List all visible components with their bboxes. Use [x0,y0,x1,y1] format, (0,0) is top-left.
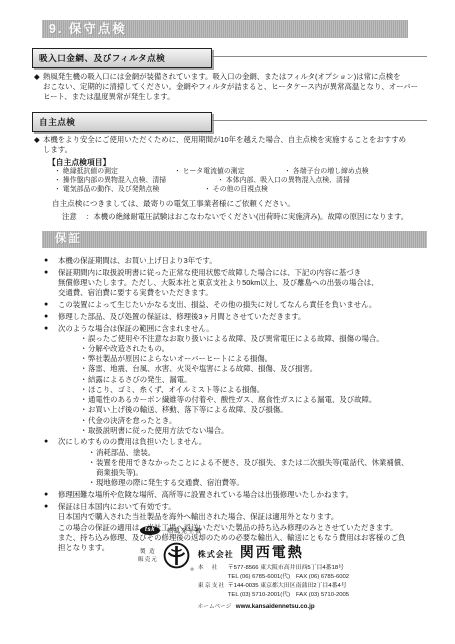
warranty-subitem: ・落雷、地震、台風、水害、火災や塩害による故障、損傷、及び損害。 [80,364,429,374]
warranty-subitem-text: 通電性のあるカーボン繊維等の付着や、酸性ガス、腐食性ガスによる漏電、及び故障。 [88,395,376,405]
address-block: 本 社 〒577-8566 東大阪市高井田西5丁目4番18号 TEL (06) … [198,564,349,611]
warranty-subitem-text: 消耗部品、塗装。 [96,448,155,458]
bullet-icon: ● [44,502,58,512]
warranty-item-text: 次のような場合は保証の範囲に含まれません。 [58,324,429,334]
dot-bullet-icon: ・ [80,395,88,405]
company-logo-icon [163,542,190,569]
tsk-logo-row: tsk 熱風発生機 [140,526,349,535]
bullet-icon: ● [44,324,58,436]
bullet-icon: ● [44,256,58,266]
dot-bullet-icon: ・ [88,448,96,458]
warranty-item-text: 本機の保証期間は、お買い上げ日より3年です。 [58,256,429,266]
warranty-subitem-text: 落雷、地震、台風、水害、火災や塩害による故障、損傷、及び損害。 [88,364,317,374]
dot-bullet-icon: ・ [80,364,88,374]
warranty-item: ● 次のような場合は保証の範囲に含まれません。 ・誤ったご使用や不注意なお取り扱… [44,324,429,436]
selfcheck-item: ・ その他の目視点検 [204,186,268,195]
selfcheck-items-heading: 【自主点検項目】 [48,157,455,168]
warranty-subitem-text: 代金の決済を怠ったとき。 [88,416,176,426]
header-rule [212,120,427,121]
dot-bullet-icon: ・ [80,375,88,385]
section-banner-warranty: 保証 [42,231,427,248]
warranty-subitem-text: 装置を使用できなかったことによる不便さ、及び損失、または二次損失等(電話代、休業… [96,458,409,478]
warranty-item-text: 修理した部品、及び処置の保証は、修理後3ヶ月間とさせていただきます。 [58,312,429,322]
homepage-label: ホームページ [198,603,236,612]
bullet-icon: ● [44,312,58,322]
selfcheck-item: ・ 絶縁抵抗値の測定 [54,168,174,177]
company-name: 関西電熱 [240,542,304,562]
header-rule [212,56,427,57]
homepage-url: www.kansaidennetsu.co.jp [236,602,315,612]
warranty-item-text: 保証期間内に取扱説明書に従った正常な使用状態で故障した場合には、下記の内容に基づ… [58,268,429,299]
selfcheck-item: ・ ヒータ電流値の測定 [174,168,284,177]
warranty-item-body: 次にしめすものの費用は負担いたしません。 ・消耗部品、塗装。 ・装置を使用できな… [58,437,429,488]
warranty-subitem: ・お買い上げ後の輸送、移動、落下等による故障、及び損傷。 [80,405,429,415]
dot-bullet-icon: ・ [80,426,88,436]
warranty-item-text: 次にしめすものの費用は負担いたしません。 [58,437,429,447]
warranty-subitem: ・消耗部品、塗装。 [88,448,429,458]
selfcheck-row: ・ 操作盤内部の異物混入点検、清掃 ・ 本体内部、吸入口の異物混入点検、清掃 [54,177,455,186]
head-office-address: 〒577-8566 東大阪市高井田西5丁目4番18号 [228,564,344,573]
warranty-subitem-text: 結露によるさびの発生、漏電。 [88,375,191,385]
selfcheck-note: 注意 ：本機の絶縁耐電圧試験はおこなわないでください(出荷時に実施済み)。故障の… [62,211,455,222]
company-name-line: 株式会社 関西電熱 [198,542,349,562]
warranty-subitem-text: ほこり、ゴミ、糸くず、オイルミスト等による損傷。 [88,385,264,395]
warranty-item-text: 修理困難な場所や危険な場所、高所等に設置されている場合は出張修理いたしかねます。 [58,490,429,500]
dot-bullet-icon: ・ [80,416,88,426]
tokyo-office-row: 東京支社 〒144-0035 東京都大田区南蒲田2丁目4番4号 [198,582,349,591]
note-label: 注意 [62,211,86,222]
warranty-subitem: ・誤ったご使用や不注意なお取り扱いによる故障、及び異常電圧による故障、損傷の場合… [80,334,429,344]
warranty-subitem: ・装置を使用できなかったことによる不便さ、及び損失、または二次損失等(電話代、休… [88,458,429,478]
company-info: 株式会社 関西電熱 本 社 〒577-8566 東大阪市高井田西5丁目4番18号… [198,542,349,611]
bullet-icon: ● [44,437,58,488]
dot-bullet-icon: ・ [88,458,96,478]
warranty-subitem-text: 誤ったご使用や不注意なお取り扱いによる故障、及び異常電圧による故障、損傷の場合。 [88,334,384,344]
maker-label: 製 造 販売元 [138,548,158,565]
warranty-subitem: ・通電性のあるカーボン繊維等の付着や、酸性ガス、腐食性ガスによる漏電、及び故障。 [80,395,429,405]
homepage-row: ホームページ www.kansaidennetsu.co.jp [198,602,349,612]
diamond-bullet-icon: ◆ [34,72,43,102]
warranty-subitem-text: 現地修理の際に発生する交通費、宿泊費等。 [96,478,244,488]
selfcheck-item: ・ 本体内部、吸入口の異物混入点検、清掃 [217,177,350,186]
warranty-sublist: ・誤ったご使用や不注意なお取り扱いによる故障、及び異常電圧による故障、損傷の場合… [80,334,429,436]
selfcheck-item: ・ 操作盤内部の異物混入点検、清掃 [54,177,217,186]
warranty-item: ● 修理した部品、及び処置の保証は、修理後3ヶ月間とさせていただきます。 [44,312,429,322]
warranty-sublist: ・消耗部品、塗装。 ・装置を使用できなかったことによる不便さ、及び損失、または二… [88,448,429,489]
filter-paragraph: ◆ 熱風発生機の吸入口には金網が装備されています。吸入口の金網、またはフィルタ(… [34,72,429,102]
selfcheck-item: ・ 電気部品の動作、及び発熱点検 [54,186,204,195]
warranty-item-body: 保証は日本国内において有効です。 [58,502,429,512]
subsection-selfcheck-header: 自主点検 [32,112,427,132]
subsection-selfcheck-title: 自主点検 [32,112,212,132]
dot-bullet-icon: ・ [80,405,88,415]
company-logo: ® [163,542,190,571]
tokyo-office-label: 東京支社 [198,582,228,591]
filter-paragraph-text: 熱風発生機の吸入口には金網が装備されています。吸入口の金網、またはフィルタ(オプ… [43,72,418,102]
warranty-subitem-text: 弊社製品が原因によらないオーバーヒートによる損傷。 [88,354,272,364]
dot-bullet-icon: ・ [80,385,88,395]
tsk-logo: tsk [140,526,160,535]
bullet-icon: ● [44,490,58,500]
warranty-item: ● 保証は日本国内において有効です。 [44,502,429,512]
warranty-subitem: ・代金の決済を怠ったとき。 [80,416,429,426]
registered-mark: ® [190,567,193,572]
publisher-footer: tsk 熱風発生機 製 造 販売元 ® 株式会社 関西電熱 [138,526,349,611]
warranty-subitem-text: 分解や改造されたもの。 [88,344,169,354]
warranty-item: ● この装置によって生じたいかなる支出、損益、その他の損失に対してなんら責任を負… [44,300,429,310]
subsection-filter-title: 吸入口金網、及びフィルタ点検 [32,48,212,68]
warranty-item: ● 次にしめすものの費用は負担いたしません。 ・消耗部品、塗装。 ・装置を使用で… [44,437,429,488]
head-office-label: 本 社 [198,564,228,573]
warranty-item-text: この装置によって生じたいかなる支出、損益、その他の損失に対してなんら責任を負いま… [58,300,429,310]
selfcheck-intro: ◆ 本機をより安全にご使用いただくために、使用期間が10年を越えた場合、自主点検… [34,135,429,155]
head-office-row: 本 社 〒577-8566 東大阪市高井田西5丁目4番18号 [198,564,349,573]
warranty-item: ● 保証期間内に取扱説明書に従った正常な使用状態で故障した場合には、下記の内容に… [44,268,429,299]
subsection-filter-header: 吸入口金網、及びフィルタ点検 [32,48,427,68]
company-prefix: 株式会社 [198,549,234,560]
warranty-list: ● 本機の保証期間は、お買い上げ日より3年です。 ● 保証期間内に取扱説明書に従… [44,256,429,553]
warranty-subitem: ・弊社製品が原因によらないオーバーヒートによる損傷。 [80,354,429,364]
dot-bullet-icon: ・ [80,344,88,354]
section-banner-maintenance: 9. 保守点検 [42,20,408,38]
dot-bullet-icon: ・ [80,354,88,364]
selfcheck-intro-text: 本機をより安全にご使用いただくために、使用期間が10年を越えた場合、自主点検を実… [43,135,406,155]
diamond-bullet-icon: ◆ [34,135,43,155]
warranty-subitem: ・結露によるさびの発生、漏電。 [80,375,429,385]
selfcheck-request: 自主点検につきましては、最寄りの電気工事業者様にご依頼ください。 [52,198,455,209]
warranty-item: ● 本機の保証期間は、お買い上げ日より3年です。 [44,256,429,266]
dot-bullet-icon: ・ [88,478,96,488]
warranty-item: ● 修理困難な場所や危険な場所、高所等に設置されている場合は出張修理いたしかねま… [44,490,429,500]
warranty-item-text: 保証は日本国内において有効です。 [58,502,429,512]
company-row: 製 造 販売元 ® 株式会社 関西電熱 本 社 〒57 [138,542,349,611]
manual-page: 9. 保守点検 吸入口金網、及びフィルタ点検 ◆ 熱風発生機の吸入口には金網が装… [0,0,455,644]
section-banner-warranty-title: 保証 [55,233,82,245]
section-banner-maintenance-title: 9. 保守点検 [49,22,127,36]
warranty-subitem: ・ほこり、ゴミ、糸くず、オイルミスト等による損傷。 [80,385,429,395]
dot-bullet-icon: ・ [80,334,88,344]
note-text: ：本機の絶縁耐電圧試験はおこなわないでください(出荷時に実施済み)。故障の原因に… [86,211,408,222]
product-type-label: 熱風発生機 [167,526,202,535]
tokyo-office-address: 〒144-0035 東京都大田区南蒲田2丁目4番4号 [228,582,347,591]
selfcheck-row: ・ 絶縁抵抗値の測定 ・ ヒータ電流値の測定 ・ 各端子台の増し締め点検 [54,168,455,177]
selfcheck-row: ・ 電気部品の動作、及び発熱点検 ・ その他の目視点検 [54,186,455,195]
bullet-icon: ● [44,300,58,310]
warranty-subitem-text: 取扱説明書に従った使用方法でない場合。 [88,426,228,436]
warranty-subitem: ・分解や改造されたもの。 [80,344,429,354]
head-office-tel: TEL (06) 6785-6001(代) FAX (06) 6785-6002 [228,573,349,582]
warranty-subitem-text: お買い上げ後の輸送、移動、落下等による故障、及び損傷。 [88,405,288,415]
warranty-item-body: 次のような場合は保証の範囲に含まれません。 ・誤ったご使用や不注意なお取り扱いに… [58,324,429,436]
selfcheck-item: ・ 各端子台の増し締め点検 [284,168,369,177]
tokyo-office-tel: TEL (03) 5710-2001(代) FAX (03) 5710-2005 [228,591,349,600]
bullet-icon: ● [44,268,58,299]
warranty-subitem: ・取扱説明書に従った使用方法でない場合。 [80,426,429,436]
warranty-subitem: ・現地修理の際に発生する交通費、宿泊費等。 [88,478,429,488]
